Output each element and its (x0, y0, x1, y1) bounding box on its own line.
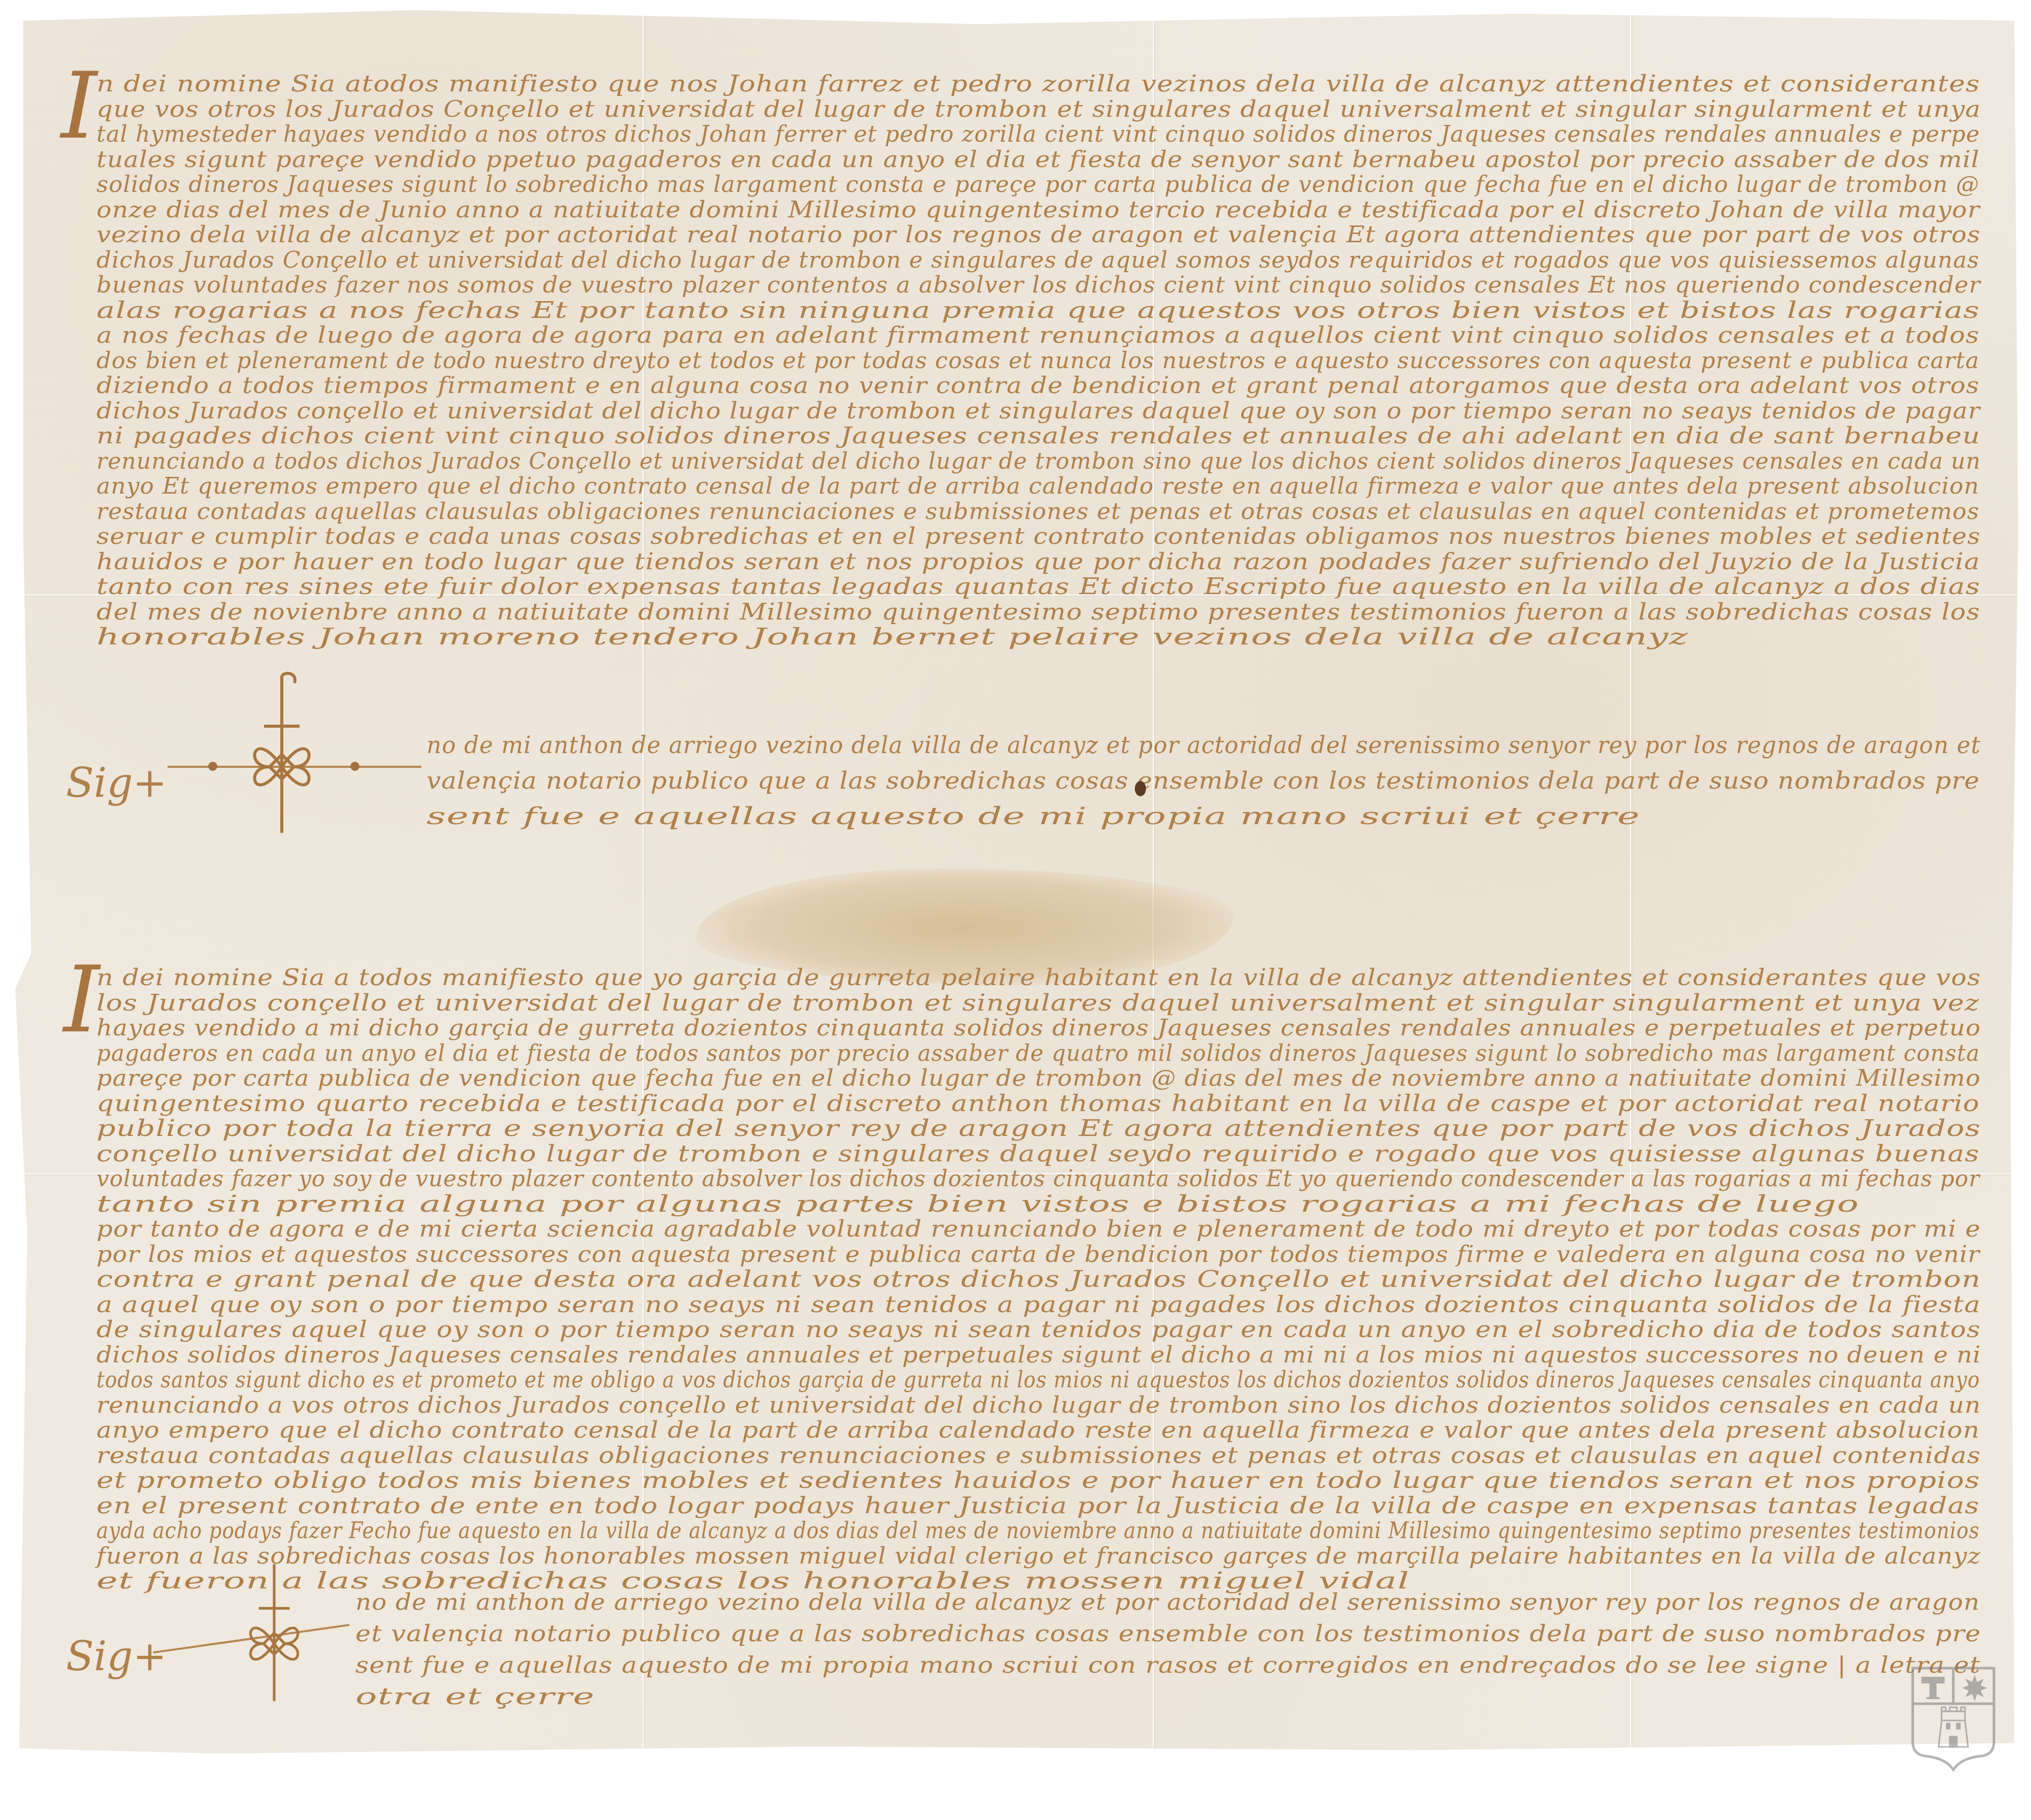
manuscript-line: por los mios et aquestos successores con… (96, 1242, 1980, 1267)
manuscript-line: los Jurados conçello et universidat del … (96, 990, 1980, 1016)
manuscript-line: renunciando a todos dichos Jurados Conçe… (96, 448, 1981, 474)
manuscript-line: en el present contrato de ente en todo l… (96, 1493, 1980, 1519)
manuscript-line: pareçe por carta publica de vendicion qu… (96, 1065, 1981, 1091)
manuscript-line: restaua contadas aquellas clausulas obli… (96, 499, 1979, 525)
manuscript-line: anyo Et queremos empero que el dicho con… (96, 473, 1979, 499)
manuscript-line: a nos fechas de luego de agora de agora … (96, 322, 1980, 348)
manuscript-line: publico por toda la tierra e senyoria de… (96, 1116, 1981, 1142)
manuscript-line: valençia notario publico que a las sobre… (427, 767, 1980, 794)
manuscript-line: pagaderos en cada un anyo el dia et fies… (96, 1041, 1980, 1066)
manuscript-line: et valençia notario publico que a las so… (355, 1621, 1981, 1647)
manuscript-line: conçello universidat del dicho lugar de … (96, 1141, 1980, 1167)
manuscript-line: sent fue e aquellas aquesto de mi propia… (355, 1652, 1981, 1678)
manuscript-line: del mes de novienbre anno a natiuitate d… (96, 599, 1980, 625)
tau-cross-icon (1921, 1677, 1945, 1699)
manuscript-line: onze dias del mes de Junio anno a natiui… (96, 197, 1980, 223)
manuscript-line: fueron a las sobredichas cosas los honor… (96, 1543, 1981, 1569)
manuscript-line: n dei nomine Sia atodos manifiesto que n… (96, 71, 1980, 97)
manuscript-line: seruar e cumplir todas e cada unas cosas… (96, 524, 1981, 549)
manuscript-line: alas rogarias a nos fechas Et por tanto … (96, 298, 1980, 323)
manuscript-line: anyo empero que el dicho contrato censal… (96, 1417, 1980, 1443)
manuscript-line: buenas voluntades fazer nos somos de vue… (96, 272, 1981, 298)
manuscript-line: n dei nomine Sia a todos manifiesto que … (96, 965, 1981, 991)
manuscript-line: contra e grant penal de que desta ora ad… (96, 1266, 1981, 1292)
manuscript-line: dos bien et plenerament de todo nuestro … (96, 348, 1979, 374)
manuscript-line: no de mi anthon de arriego vezino dela v… (427, 731, 1981, 759)
sig-label: Sig+ (66, 759, 167, 806)
manuscript-line: hauidos e por hauer en todo lugar que ti… (96, 549, 1980, 575)
manuscript-line: a aquel que oy son o por tiempo seran no… (96, 1292, 1981, 1318)
manuscript-line: dichos solidos dineros Jaqueses censales… (96, 1342, 1981, 1368)
ink-blot (1135, 781, 1146, 796)
manuscript-line: tanto con res sines ete fuir dolor expen… (96, 574, 1980, 600)
decorated-initial: I (63, 955, 100, 1046)
manuscript-line: tuales sigunt pareçe vendido ppetuo paga… (96, 147, 1980, 173)
manuscript-line: tanto sin premia alguna por algunas part… (96, 1191, 1859, 1217)
manuscript-line: dichos Jurados Conçello et universidat d… (96, 247, 1979, 273)
manuscript-line: todos santos sigunt dicho es et prometo … (96, 1367, 1980, 1393)
manuscript-line: otra et çerre (355, 1684, 595, 1710)
manuscript-line: por tanto de agora e de mi cierta scienc… (96, 1216, 1981, 1242)
notarial-signum-icon (223, 1549, 325, 1716)
manuscript-line: restaua contadas aquellas clausulas obli… (96, 1443, 1981, 1469)
tower-icon (1939, 1707, 1968, 1747)
manuscript-line: sent fue e aquellas aquesto de mi propia… (427, 802, 1640, 830)
ink-dot (208, 762, 217, 771)
coat-of-arms-emblem-icon (1910, 1666, 1996, 1772)
manuscript-line: voluntades fazer yo soy de vuestro plaze… (96, 1166, 1980, 1192)
manuscript-line: ni pagades dichos cient vint cinquo soli… (96, 423, 1980, 449)
manuscript-line: solidos dineros Jaqueses sigunt lo sobre… (96, 172, 1979, 198)
manuscript-line: no de mi anthon de arriego vezino dela v… (355, 1589, 1980, 1615)
star-icon (1962, 1675, 1987, 1701)
manuscript-line: renunciando a vos otros dichos Jurados c… (96, 1392, 1981, 1418)
manuscript-line: ayda acho podays fazer Fecho fue aquesto… (96, 1518, 1980, 1544)
manuscript-line: de singulares aquel que oy son o por tie… (96, 1317, 1981, 1343)
sig-label: Sig+ (66, 1633, 167, 1680)
manuscript-line: diziendo a todos tiempos firmament e en … (96, 373, 1980, 399)
ink-dot (350, 762, 359, 771)
manuscript-line: et prometo obligo todos mis bienes moble… (96, 1468, 1980, 1493)
manuscript-line: honorables Johan moreno tendero Johan be… (96, 624, 1689, 650)
decorated-initial: I (61, 61, 97, 152)
manuscript-line: hayaes vendido a mi dicho garçia de gurr… (96, 1015, 1981, 1041)
manuscript-line: tal hymesteder hayaes vendido a nos otro… (96, 121, 1980, 147)
notarial-signum-icon (223, 665, 340, 843)
manuscript-line: dichos Jurados conçello et universidat d… (96, 398, 1980, 424)
manuscript-line: quingentesimo quarto recebida e testific… (96, 1091, 1980, 1117)
manuscript-line: que vos otros los Jurados Conçello et un… (96, 96, 1981, 122)
manuscript-line: vezino dela villa de alcanyz et por acto… (96, 222, 1981, 248)
